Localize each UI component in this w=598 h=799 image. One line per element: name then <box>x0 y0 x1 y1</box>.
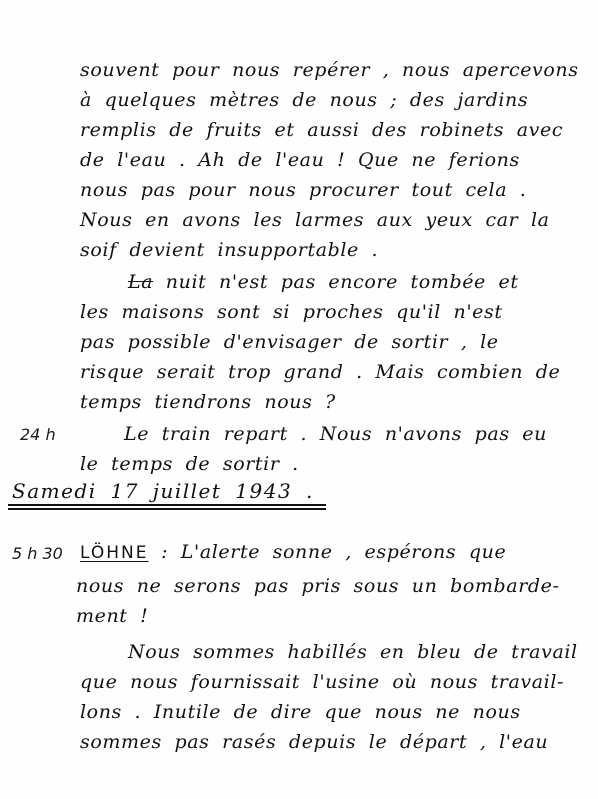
date-heading: Samedi 17 juillet 1943 . <box>12 478 314 504</box>
text-line: Nous sommes habillés en bleu de travail <box>128 640 578 664</box>
text-line: remplis de fruits et aussi des robinets … <box>80 118 563 142</box>
date-underline <box>8 508 326 510</box>
diary-page: souvent pour nous repérer , nous apercev… <box>0 0 598 799</box>
struck-word: La <box>128 271 153 293</box>
text-line: sommes pas rasés depuis le départ , l'ea… <box>80 730 548 754</box>
margin-time: 24 h <box>20 424 56 446</box>
text-line-with-place: LÖHNE : L'alerte sonne , espérons que <box>80 540 506 565</box>
place-name: LÖHNE <box>80 543 149 563</box>
text-line: ment ! <box>76 604 148 628</box>
text-line: nous pas pour nous procurer tout cela . <box>80 178 526 202</box>
text-line: le temps de sortir . <box>80 452 299 476</box>
text-line: lons . Inutile de dire que nous ne nous <box>80 700 521 724</box>
text-line: les maisons sont si proches qu'il n'est <box>80 300 503 324</box>
text-line: à quelques mètres de nous ; des jardins <box>80 88 528 112</box>
text-line: nous ne serons pas pris sous un bombarde… <box>76 574 560 598</box>
date-underline <box>8 504 326 506</box>
text-fragment: : L'alerte sonne , espérons que <box>161 541 506 563</box>
text-line: temps tiendrons nous ? <box>80 390 336 414</box>
text-line: Le train repart . Nous n'avons pas eu <box>124 422 547 446</box>
text-line: pas possible d'envisager de sortir , le <box>80 330 499 354</box>
text-line: de l'eau . Ah de l'eau ! Que ne ferions <box>80 148 520 172</box>
text-line: soif devient insupportable . <box>80 238 378 262</box>
text-line-with-strikeout: La nuit n'est pas encore tombée et <box>128 270 519 294</box>
text-fragment: nuit n'est pas encore tombée et <box>166 271 519 293</box>
margin-time: 5 h 30 <box>12 543 63 565</box>
text-line: risque serait trop grand . Mais combien … <box>80 360 560 384</box>
text-line: Nous en avons les larmes aux yeux car la <box>80 208 550 232</box>
text-line: souvent pour nous repérer , nous apercev… <box>80 58 579 82</box>
text-line: que nous fournissait l'usine où nous tra… <box>80 670 564 694</box>
